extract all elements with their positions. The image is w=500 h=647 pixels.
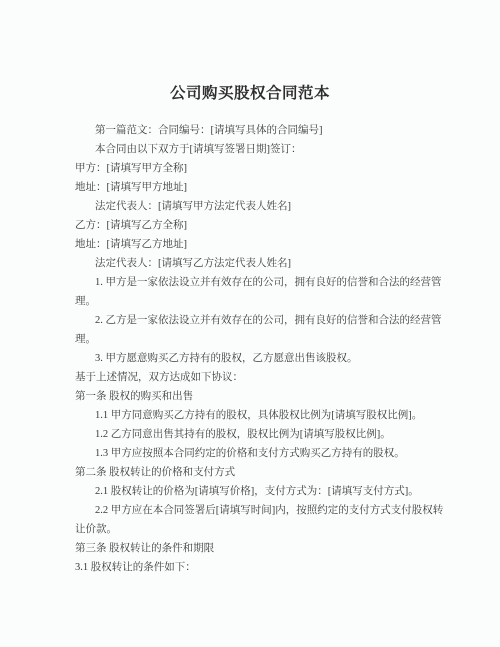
document-line: 法定代表人：[请填写乙方法定代表人姓名] xyxy=(75,254,465,273)
document-line: 法定代表人：[请填写甲方法定代表人姓名] xyxy=(75,197,465,216)
document-line: 让价款。 xyxy=(75,520,465,539)
document-line: 1.2 乙方同意出售其持有的股权，股权比例为[请填写股权比例]。 xyxy=(75,425,465,444)
document-line: 1.1 甲方同意购买乙方持有的股权，具体股权比例为[请填写股权比例]。 xyxy=(75,406,465,425)
document-line: 基于上述情况，双方达成如下协议： xyxy=(75,368,465,387)
document-line: 甲方：[请填写甲方全称] xyxy=(75,159,465,178)
document-line: 乙方：[请填写乙方全称] xyxy=(75,216,465,235)
document-line: 地址：[请填写甲方地址] xyxy=(75,178,465,197)
document-line: 2.2 甲方应在本合同签署后[请填写时间]内，按照约定的支付方式支付股权转 xyxy=(75,501,465,520)
document-title: 公司购买股权合同范本 xyxy=(0,81,500,103)
document-line: 1.3 甲方应按照本合同约定的价格和支付方式购买乙方持有的股权。 xyxy=(75,444,465,463)
document-line: 2.1 股权转让的价格为[请填写价格]，支付方式为：[请填写支付方式]。 xyxy=(75,482,465,501)
document-line: 地址：[请填写乙方地址] xyxy=(75,235,465,254)
document-line: 2. 乙方是一家依法设立并有效存在的公司，拥有良好的信誉和合法的经营管 xyxy=(75,311,465,330)
document-line: 第一篇范文：合同编号：[请填写具体的合同编号] xyxy=(75,121,465,140)
document-line: 1. 甲方是一家依法设立并有效存在的公司，拥有良好的信誉和合法的经营管 xyxy=(75,273,465,292)
document-page: 公司购买股权合同范本 第一篇范文：合同编号：[请填写具体的合同编号]本合同由以下… xyxy=(0,0,500,647)
document-line: 理。 xyxy=(75,330,465,349)
document-body: 第一篇范文：合同编号：[请填写具体的合同编号]本合同由以下双方于[请填写签署日期… xyxy=(75,121,465,577)
document-line: 第二条 股权转让的价格和支付方式 xyxy=(75,463,465,482)
document-line: 第一条 股权的购买和出售 xyxy=(75,387,465,406)
document-line: 理。 xyxy=(75,292,465,311)
document-line: 本合同由以下双方于[请填写签署日期]签订： xyxy=(75,140,465,159)
document-line: 3. 甲方愿意购买乙方持有的股权，乙方愿意出售该股权。 xyxy=(75,349,465,368)
document-line: 第三条 股权转让的条件和期限 xyxy=(75,539,465,558)
document-line: 3.1 股权转让的条件如下： xyxy=(75,558,465,577)
